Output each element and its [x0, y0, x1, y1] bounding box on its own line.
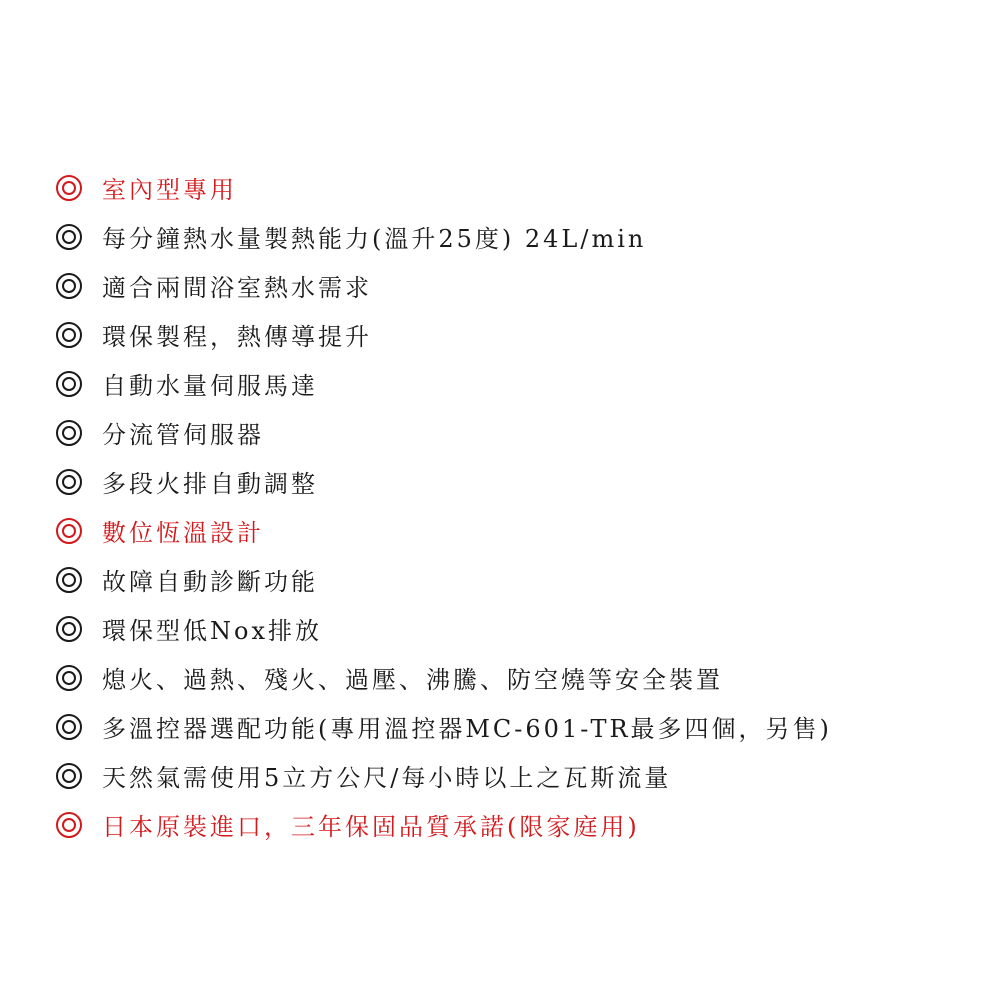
feature-item-digital-thermostat: 數位恆溫設計 — [56, 506, 832, 555]
bullseye-icon — [56, 175, 82, 201]
bullseye-icon — [56, 273, 82, 299]
feature-item-manifold-servo: 分流管伺服器 — [56, 408, 832, 457]
feature-item-safety-devices: 熄火、過熱、殘火、過壓、沸騰、防空燒等安全裝置 — [56, 653, 832, 702]
feature-item-servo-motor: 自動水量伺服馬達 — [56, 359, 832, 408]
feature-text: 多溫控器選配功能(專用溫控器MC-601-TR最多四個，另售) — [102, 709, 832, 744]
feature-text: 環保製程，熱傳導提升 — [102, 317, 372, 352]
bullseye-icon — [56, 322, 82, 348]
bullseye-icon — [56, 371, 82, 397]
feature-item-low-nox: 環保型低Nox排放 — [56, 604, 832, 653]
feature-text: 天然氣需使用5立方公尺/每小時以上之瓦斯流量 — [102, 758, 671, 793]
feature-text: 室內型專用 — [102, 170, 237, 205]
feature-text: 多段火排自動調整 — [102, 464, 318, 499]
feature-text: 適合兩間浴室熱水需求 — [102, 268, 372, 303]
feature-text: 日本原裝進口，三年保固品質承諾(限家庭用) — [102, 807, 640, 842]
feature-item-capacity: 每分鐘熱水量製熱能力(溫升25度) 24L/min — [56, 212, 832, 261]
bullseye-icon — [56, 224, 82, 250]
bullseye-icon — [56, 763, 82, 789]
bullseye-icon — [56, 616, 82, 642]
feature-item-burner-adjust: 多段火排自動調整 — [56, 457, 832, 506]
feature-text: 分流管伺服器 — [102, 415, 264, 450]
feature-text: 每分鐘熱水量製熱能力(溫升25度) 24L/min — [102, 219, 646, 254]
bullseye-icon — [56, 812, 82, 838]
feature-list: 室內型專用 每分鐘熱水量製熱能力(溫升25度) 24L/min 適合兩間浴室熱水… — [56, 163, 832, 849]
feature-item-gas-flow: 天然氣需使用5立方公尺/每小時以上之瓦斯流量 — [56, 751, 832, 800]
bullseye-icon — [56, 469, 82, 495]
feature-text: 環保型低Nox排放 — [102, 611, 322, 646]
feature-text: 熄火、過熱、殘火、過壓、沸騰、防空燒等安全裝置 — [102, 660, 723, 695]
feature-item-self-diagnosis: 故障自動診斷功能 — [56, 555, 832, 604]
feature-item-multi-controller: 多溫控器選配功能(專用溫控器MC-601-TR最多四個，另售) — [56, 702, 832, 751]
feature-text: 數位恆溫設計 — [102, 513, 264, 548]
feature-item-japan-import-warranty: 日本原裝進口，三年保固品質承諾(限家庭用) — [56, 800, 832, 849]
bullseye-icon — [56, 665, 82, 691]
bullseye-icon — [56, 420, 82, 446]
feature-item-indoor: 室內型專用 — [56, 163, 832, 212]
feature-text: 故障自動診斷功能 — [102, 562, 318, 597]
bullseye-icon — [56, 518, 82, 544]
bullseye-icon — [56, 714, 82, 740]
feature-item-two-bathrooms: 適合兩間浴室熱水需求 — [56, 261, 832, 310]
feature-text: 自動水量伺服馬達 — [102, 366, 318, 401]
feature-item-eco-process: 環保製程，熱傳導提升 — [56, 310, 832, 359]
bullseye-icon — [56, 567, 82, 593]
